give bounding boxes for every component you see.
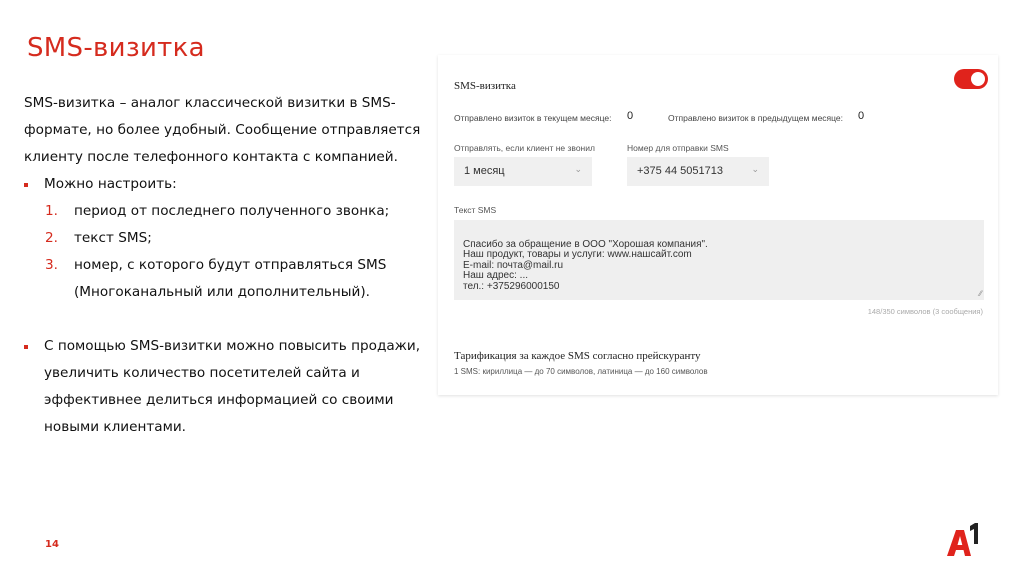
card-title: SMS-визитка	[454, 80, 516, 92]
list-text: номер, с которого будут отправляться SMS…	[74, 257, 386, 300]
bullet-configure: Можно настроить:	[24, 171, 434, 198]
stat-current-month-label: Отправлено визиток в текущем месяце:	[454, 113, 611, 123]
chevron-down-icon: ⌄	[574, 164, 582, 175]
number-select[interactable]: +375 44 5051713 ⌄	[627, 157, 769, 186]
list-number: 2.	[45, 225, 58, 252]
bullet-text: С помощью SMS-визитки можно повысить про…	[44, 338, 420, 435]
tariff-title: Тарификация за каждое SMS согласно прейс…	[454, 350, 701, 362]
list-item: 1. период от последнего полученного звон…	[24, 198, 434, 225]
sms-text-value: Спасибо за обращение в ООО "Хорошая комп…	[463, 239, 708, 292]
sms-character-counter: 148/350 символов (3 сообщения)	[868, 307, 983, 316]
bullet-benefits: С помощью SMS-визитки можно повысить про…	[24, 333, 434, 441]
stat-previous-month-value: 0	[858, 110, 864, 122]
toggle-knob	[971, 72, 985, 86]
slide-title: SMS-визитка	[27, 33, 205, 63]
list-item: 3. номер, с которого будут отправляться …	[24, 252, 434, 306]
bullet-square-icon	[24, 345, 28, 349]
period-select[interactable]: 1 месяц ⌄	[454, 157, 592, 186]
sms-card-settings-panel: SMS-визитка Отправлено визиток в текущем…	[438, 55, 998, 395]
list-text: текст SMS;	[74, 230, 152, 246]
period-select-label: Отправлять, если клиент не звонил	[454, 143, 595, 153]
page-number: 14	[45, 539, 59, 550]
intro-paragraph: SMS-визитка – аналог классической визитк…	[24, 90, 434, 171]
sms-card-toggle[interactable]	[954, 69, 988, 89]
number-select-value: +375 44 5051713	[637, 165, 723, 177]
list-text: период от последнего полученного звонка;	[74, 203, 389, 219]
list-item: 2. текст SMS;	[24, 225, 434, 252]
bullet-text: Можно настроить:	[44, 176, 177, 192]
resize-handle-icon[interactable]: ∕∕	[979, 289, 982, 300]
period-select-value: 1 месяц	[464, 165, 505, 177]
sms-text-input[interactable]: Спасибо за обращение в ООО "Хорошая комп…	[454, 220, 984, 300]
stat-previous-month-label: Отправлено визиток в предыдущем месяце:	[668, 113, 843, 123]
slide-body: SMS-визитка – аналог классической визитк…	[24, 90, 434, 441]
a1-logo-icon	[945, 522, 981, 558]
list-number: 3.	[45, 252, 58, 279]
chevron-down-icon: ⌄	[751, 164, 759, 175]
stat-current-month-value: 0	[627, 110, 633, 122]
bullet-square-icon	[24, 183, 28, 187]
tariff-note: 1 SMS: кириллица — до 70 символов, латин…	[454, 367, 708, 376]
list-number: 1.	[45, 198, 58, 225]
sms-text-label: Текст SMS	[454, 205, 496, 215]
number-select-label: Номер для отправки SMS	[627, 143, 729, 153]
